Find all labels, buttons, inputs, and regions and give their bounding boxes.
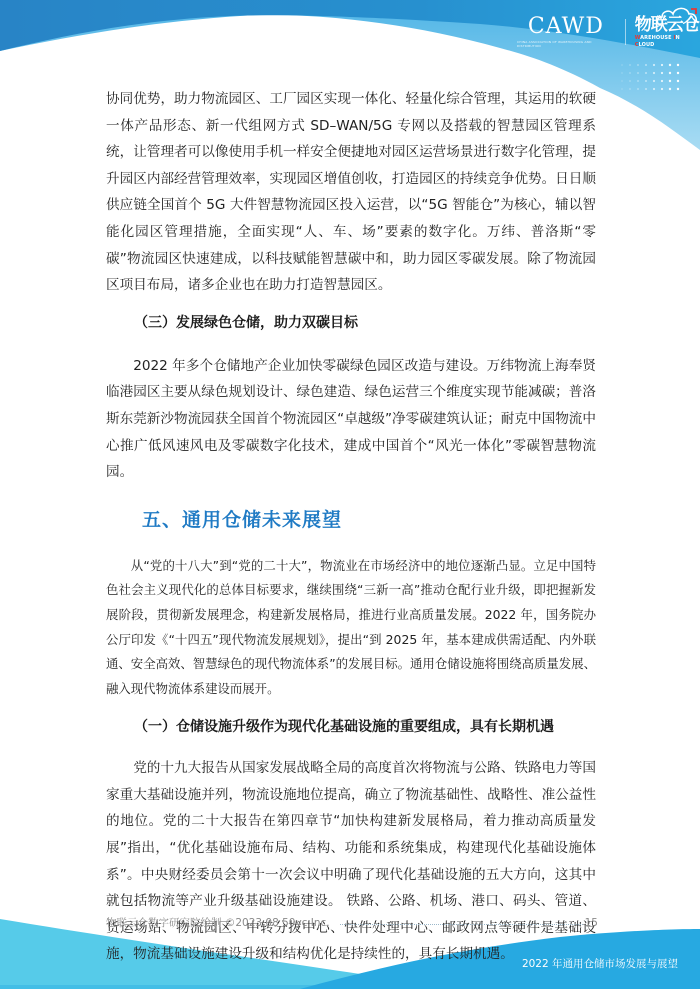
warehouse-in-cloud-logo: 物联云仓 WAREHOUSE IN CLOUD (635, 15, 700, 49)
wic-sub-n: N (675, 35, 679, 41)
logo-divider (625, 19, 626, 45)
document-body: 协同优势，助力物流园区、工厂园区实现一体化、轻量化综合管理，其运用的软硬一体产品… (106, 86, 596, 968)
footer-credit: 物联云仓数字研究院绘制 ©2023.08 50yc Inc. (106, 915, 330, 930)
cawd-logo: CAWD CHINA ASSOCIATION OF WAREHOUSING AN… (517, 16, 615, 48)
paragraph-smart-park: 协同优势，助力物流园区、工厂园区实现一体化、轻量化综合管理，其运用的软硬一体产品… (106, 86, 596, 299)
subheading-infrastructure-upgrade: （一）仓储设施升级作为现代化基础设施的重要组成，具有长期机遇 (106, 715, 596, 739)
report-title: 2022 年通用仓储市场发展与展望 (522, 956, 678, 971)
paragraph-outlook-intro: 从“党的十八大”到“党的二十大”，物流业在市场经济中的地位逐渐凸显。立足中国特色… (106, 554, 596, 702)
paragraph-green-warehousing: 2022 年多个仓储地产企业加快零碳绿色园区改造与建设。万纬物流上海奉贤临港园区… (106, 353, 596, 486)
cawd-logo-subtitle: CHINA ASSOCIATION OF WAREHOUSING AND DIS… (517, 40, 615, 48)
subheading-green-warehousing: （三）发展绿色仓储，助力双碳目标 (106, 311, 596, 335)
wic-sub-arehouse: AREHOUSE (640, 35, 673, 41)
footer-credit-line: 物联云仓数字研究院绘制 ©2023.08 50yc Inc. 15 (106, 915, 598, 930)
header-logos: CAWD CHINA ASSOCIATION OF WAREHOUSING AN… (517, 14, 700, 50)
wic-sub-loud: LOUD (639, 42, 655, 48)
cloud-icon (655, 5, 699, 27)
footer-dotted-leader (340, 923, 583, 925)
page-number: 15 (585, 917, 598, 929)
dot-grid-decoration (620, 63, 684, 95)
cawd-logo-text: CAWD (528, 16, 604, 38)
wic-logo-subtitle: WAREHOUSE IN CLOUD (635, 35, 700, 49)
paragraph-infrastructure: 党的十九大报告从国家发展战略全局的高度首次将物流与公路、铁路电力等国家重大基础设… (106, 755, 596, 968)
section-title-outlook: 五、通用仓储未来展望 (106, 506, 596, 534)
